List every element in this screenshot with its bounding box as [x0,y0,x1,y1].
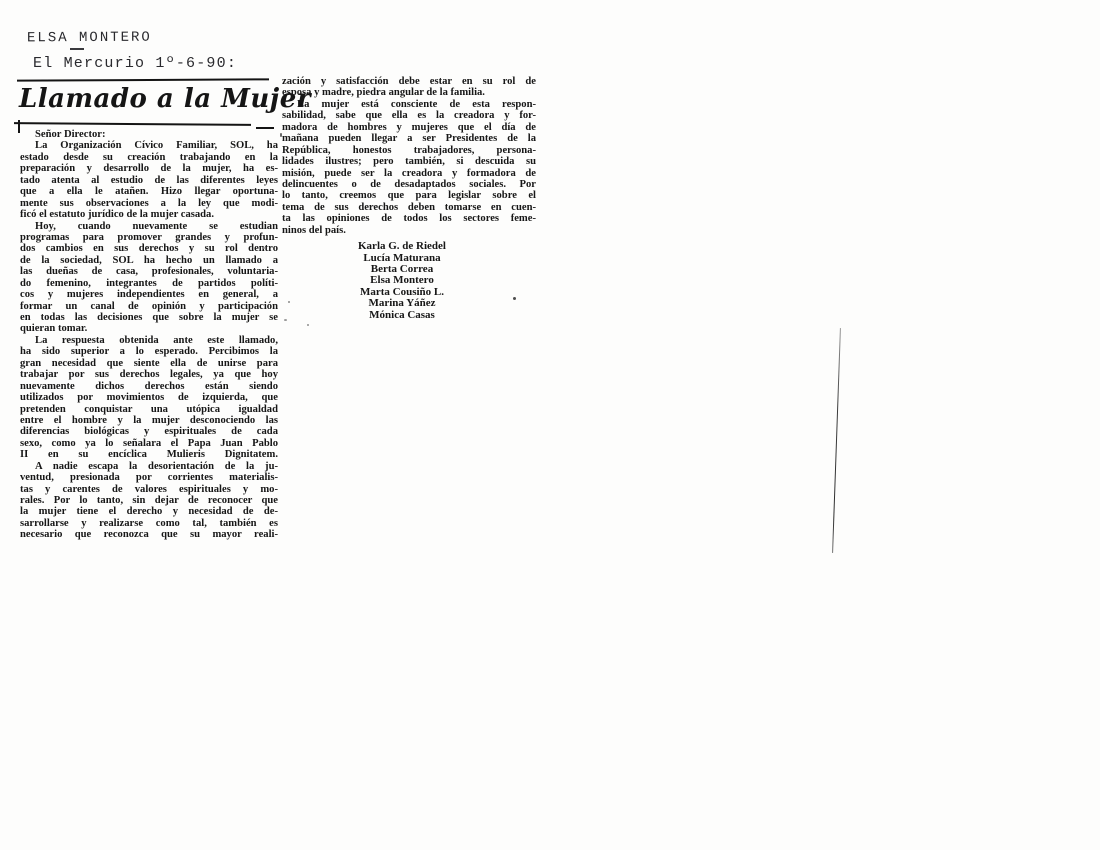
text-line: rales. Por lo tanto, sin dejar de recono… [20,495,278,506]
article-title: Llamado a la Mujer [19,84,259,114]
column-right: zación y satisfacción debe estar en su r… [282,76,536,321]
paragraph: La Organización Cívico Familiar, SOL, ha… [20,140,278,220]
name-underline-mark [70,48,84,50]
paragraph: Señor Director: [20,129,278,140]
text-line: utilizados por movimientos de izquierda,… [20,392,278,403]
text-line: II en su encíclica Mulieris Dignitatem. [20,449,278,460]
text-line: ninos del país. [282,225,536,236]
text-line: ficó el estatuto jurídico de la mujer ca… [20,209,278,220]
ink-speck [288,301,290,303]
text-line: gran necesidad que siente ella de unirse… [20,358,278,369]
text-line: mente sus observaciones a la ley que mod… [20,198,278,209]
text-line: la mujer tiene el derecho y necesidad de… [20,506,278,517]
source-citation: El Mercurio 1º-6-90: [33,55,237,72]
text-line: delincuentes o de desadaptados sociales.… [282,179,536,190]
headline-rule-bottom [14,122,251,126]
text-line: tema de sus derechos deben tomarse en cu… [282,202,536,213]
text-line: Hoy, cuando nuevamente se estudian [20,221,278,232]
text-line: programas para promover grandes y profun… [20,232,278,243]
text-line: sabilidad, sabe que ella es la creadora … [282,110,536,121]
paragraph: La respuesta obtenida ante este llamado,… [20,335,278,461]
text-line: Señor Director: [20,129,278,140]
handwritten-name: ELSA MONTERO [27,30,152,47]
text-line: madora de hombres y mujeres que el día d… [282,122,536,133]
text-line: República, honestos trabajadores, person… [282,145,536,156]
text-line: esposa y madre, piedra angular de la fam… [282,87,536,98]
text-line: mañana pueden llegar a ser Presidentes d… [282,133,536,144]
text-line: formar un canal de opinión y participaci… [20,301,278,312]
text-line: La mujer está consciente de esta respon- [282,99,536,110]
text-line: A nadie escapa la desorientación de la j… [20,461,278,472]
text-line: ventud, presionada por corrientes materi… [20,472,278,483]
signature-name: Marina Yáñez [282,298,522,309]
ink-speck [284,319,287,321]
text-line: ta las opiniones de todos los sectores f… [282,213,536,224]
text-line: entre el hombre y la mujer desconociendo… [20,415,278,426]
text-line: las dueñas de casa, profesionales, volun… [20,266,278,277]
text-line: nuevamente dichos derechos están siendo [20,381,278,392]
signature-name: Mónica Casas [282,310,522,321]
ink-speck [513,297,516,300]
text-line: que a ella le atañen. Hizo llegar oportu… [20,186,278,197]
text-line: tas y carentes de valores espirituales y… [20,484,278,495]
text-line: misión, puede ser la creadora y formador… [282,168,536,179]
paragraph: zación y satisfacción debe estar en su r… [282,76,536,99]
paragraph: La mujer está consciente de esta respon-… [282,99,536,236]
text-line: tado atenta al estudio de las diferentes… [20,175,278,186]
text-line: sarrollarse y realizarse como tal, tambi… [20,518,278,529]
text-line: La Organización Cívico Familiar, SOL, ha [20,140,278,151]
text-line: quieran tomar. [20,323,278,334]
text-line: sexo, como ya lo señalara el Papa Juan P… [20,438,278,449]
paragraph: Hoy, cuando nuevamente se estudianprogra… [20,221,278,335]
text-line: pretenden conquistar una utópica igualda… [20,404,278,415]
ink-speck [307,324,309,326]
text-line: de la sociedad, SOL ha hecho un llamado … [20,255,278,266]
scan-scratch-line [832,328,841,553]
text-line: ha sido superior a lo esperado. Percibim… [20,346,278,357]
headline-rule-top [17,78,269,81]
signature-list: Karla G. de RiedelLucía MaturanaBerta Co… [282,241,522,321]
scanned-newspaper-clipping: ELSA MONTERO El Mercurio 1º-6-90: Llamad… [0,0,1100,850]
text-line: estado desde su creación trabajando en l… [20,152,278,163]
text-line: trabajar por sus derechos legales, ya qu… [20,369,278,380]
text-line: La respuesta obtenida ante este llamado, [20,335,278,346]
text-line: do femenino, integrantes de partidos pol… [20,278,278,289]
text-line: lidades ilustres; pero también, si descu… [282,156,536,167]
signature-name: Karla G. de Riedel [282,241,522,252]
text-line: dos cambios en sus derechos y su rol den… [20,243,278,254]
text-line: zación y satisfacción debe estar en su r… [282,76,536,87]
ink-speck [280,133,282,137]
text-line: cos y mujeres independientes en general,… [20,289,278,300]
text-line: preparación y desarrollo de la mujer, ha… [20,163,278,174]
ink-speck [263,247,265,249]
text-line: diferencias biológicas y espirituales de… [20,426,278,437]
column-left: Señor Director:La Organización Cívico Fa… [20,129,278,541]
text-line: lo tanto, creemos que para legislar sobr… [282,190,536,201]
text-line: necesario que reconozca que su mayor rea… [20,529,278,540]
text-line: en todas las decisiones que sobre la muj… [20,312,278,323]
paragraph: A nadie escapa la desorientación de la j… [20,461,278,541]
